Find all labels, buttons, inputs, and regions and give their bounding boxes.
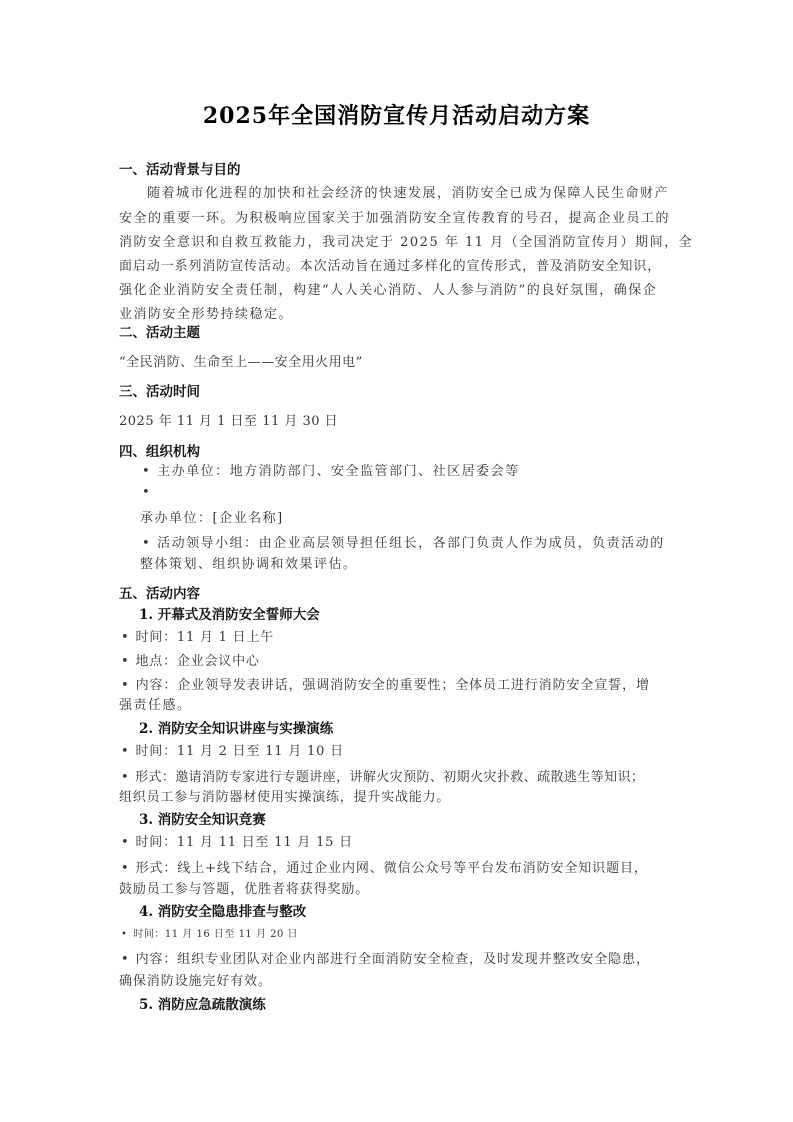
org-item-empty-bullet: • <box>142 485 151 500</box>
subsection-title: 5. 消防应急疏散演练 <box>139 993 266 1013</box>
subsection-title: 4. 消防安全隐患排查与整改 <box>139 900 306 920</box>
paragraph-line: 面启动一系列消防宣传活动。本次活动旨在通过多样化的宣传形式，普及消防安全知识， <box>119 255 661 274</box>
subsection-title: 1. 开幕式及消防安全誓师大会 <box>139 603 320 623</box>
paragraph-line: 安全的重要一环。为积极响应国家关于加强消防安全宣传教育的号召，提高企业员工的 <box>119 207 670 226</box>
subsection-line: 鼓励员工参与答题，优胜者将获得奖励。 <box>119 878 369 897</box>
subsection-line: 时间：11 月 11 日至 11 月 15 日 <box>121 831 353 850</box>
paragraph-line: 业消防安全形势持续稳定。 <box>119 303 293 322</box>
document-title: 2025年全国消防宣传月活动启动方案 <box>0 100 793 132</box>
org-item-leadership-cont: 整体策划、组织协调和效果评估。 <box>140 553 358 572</box>
paragraph-line: 消防安全意识和自救互救能力，我司决定于 2025 年 11 月（全国消防宣传月）… <box>119 231 693 250</box>
paragraph-line: 强化企业消防安全责任制，构建“人人关心消防、人人参与消防”的良好氛围，确保企 <box>119 279 657 298</box>
subsection-line: 组织员工参与消防器材使用实操演练，提升实战能力。 <box>119 786 450 805</box>
subsection-line: 强责任感。 <box>119 694 192 713</box>
time-text: 2025 年 11 月 1 日至 11 月 30 日 <box>119 410 338 429</box>
theme-text: “全民消防、生命至上——安全用火用电” <box>119 351 363 370</box>
subsection-line: 形式：邀请消防专家进行专题讲座，讲解火灾预防、初期火灾扑救、疏散逃生等知识； <box>121 766 644 785</box>
section-heading-background: 一、活动背景与目的 <box>119 158 241 178</box>
section-heading-content: 五、活动内容 <box>119 582 200 602</box>
subsection-line: 时间：11 月 2 日至 11 月 10 日 <box>121 740 344 759</box>
section-heading-theme: 二、活动主题 <box>119 321 200 341</box>
org-item-organizer: 承办单位：[企业名称] <box>140 507 284 526</box>
subsection-line: 时间：11 月 1 日上午 <box>121 626 274 645</box>
subsection-line: 地点：企业会议中心 <box>121 650 260 669</box>
subsection-line: 内容：组织专业团队对企业内部进行全面消防安全检查，及时发现并整改安全隐患， <box>121 948 650 967</box>
section-heading-organization: 四、组织机构 <box>119 440 200 460</box>
subsection-line: 确保消防设施完好有效。 <box>119 970 272 989</box>
subsection-line: 内容：企业领导发表讲话，强调消防安全的重要性；全体员工进行消防安全宣誓，增 <box>121 674 650 693</box>
subsection-line: 形式：线上+线下结合，通过企业内网、微信公众号等平台发布消防安全知识题目， <box>121 857 648 876</box>
paragraph-line: 随着城市化进程的加快和社会经济的快速发展，消防安全已成为保障人民生命财产 <box>147 182 669 201</box>
subsection-title: 2. 消防安全知识讲座与实操演练 <box>139 717 333 737</box>
org-item-host: 主办单位：地方消防部门、安全监管部门、社区居委会等 <box>142 460 520 479</box>
section-heading-time: 三、活动时间 <box>119 380 200 400</box>
subsection-line: 时间：11 月 16 日至 11 月 20 日 <box>121 925 298 940</box>
subsection-title: 3. 消防安全知识竞赛 <box>139 808 266 828</box>
org-item-leadership: 活动领导小组：由企业高层领导担任组长，各部门负责人作为成员，负责活动的 <box>142 532 665 551</box>
document-page: 2025年全国消防宣传月活动启动方案 一、活动背景与目的 随着城市化进程的加快和… <box>0 0 793 1122</box>
